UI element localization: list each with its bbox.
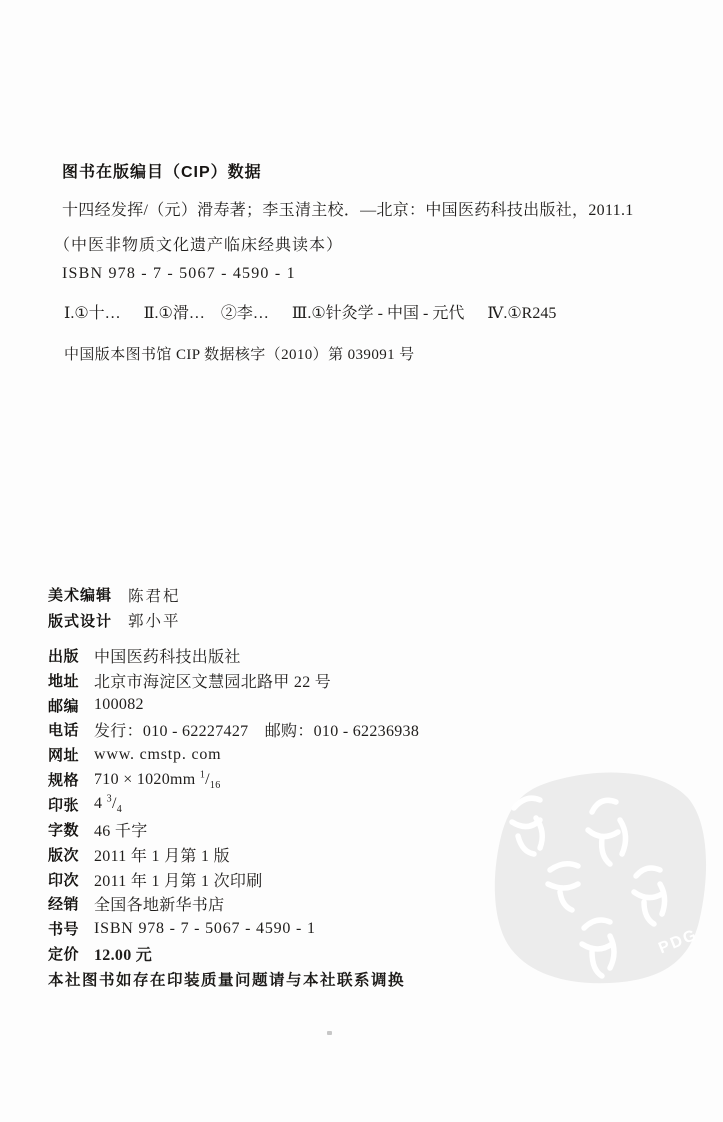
copyright-page: 图书在版编目（CIP）数据 十四经发挥/（元）滑寿著；李玉清主校．—北京：中国医… xyxy=(0,0,723,1122)
cip-class-segment-1: Ⅰ.①十… xyxy=(64,305,121,322)
credit-label: 美术编辑 xyxy=(48,584,128,605)
credit-value: 郭小平 xyxy=(128,609,181,631)
colophon-value: 2011 年 1 月第 1 次印刷 xyxy=(94,868,263,891)
credit-value: 陈君杞 xyxy=(128,584,181,606)
colophon-value: ISBN 978 - 7 - 5067 - 4590 - 1 xyxy=(94,920,316,938)
colophon-label: 印次 xyxy=(48,869,94,890)
cip-series-line: （中医非物质文化遗产临床经典读本） xyxy=(54,232,343,255)
colophon-row-format: 规格 710 × 1020mm 1/16 xyxy=(48,767,419,792)
colophon-value: 北京市海淀区文慧园北路甲 22 号 xyxy=(94,669,331,692)
colophon-row-postcode: 邮编 100082 xyxy=(48,693,419,718)
format-size: 710 × 1020mm xyxy=(94,771,196,788)
colophon-row-book-number: 书号 ISBN 978 - 7 - 5067 - 4590 - 1 xyxy=(48,916,419,941)
colophon-label: 规格 xyxy=(48,769,94,790)
colophon-label: 书号 xyxy=(48,918,94,939)
cip-heading: 图书在版编目（CIP）数据 xyxy=(62,159,262,182)
colophon-value: 710 × 1020mm 1/16 xyxy=(94,771,221,789)
colophon-value: 46 千字 xyxy=(94,818,148,841)
colophon-value: 4 3/4 xyxy=(94,795,122,813)
colophon-value: 中国医药科技出版社 xyxy=(94,644,241,667)
colophon-row-sheets: 印张 4 3/4 xyxy=(48,792,419,817)
cip-class-segment-3: Ⅲ.①针灸学 - 中国 - 元代 xyxy=(292,305,464,322)
colophon-row-address: 地址 北京市海淀区文慧园北路甲 22 号 xyxy=(48,668,419,693)
colophon-row-distributor: 经销 全国各地新华书店 xyxy=(48,891,419,916)
colophon-value: 发行：010 - 62227427 邮购：010 - 62236938 xyxy=(94,718,419,741)
colophon-value: 12.00 元 xyxy=(94,942,152,965)
credits-block: 美术编辑 陈君杞 版式设计 郭小平 xyxy=(48,582,181,633)
credit-row-art-editor: 美术编辑 陈君杞 xyxy=(48,582,181,608)
colophon-label: 定价 xyxy=(48,943,94,964)
sheet-count: 4 xyxy=(94,795,102,812)
pdg-watermark: PDG xyxy=(484,760,720,996)
colophon-label: 邮编 xyxy=(48,695,94,716)
colophon-block: 出版 中国医药科技出版社 地址 北京市海淀区文慧园北路甲 22 号 邮编 100… xyxy=(48,643,419,966)
colophon-row-word-count: 字数 46 千字 xyxy=(48,817,419,842)
cip-bibliographic-line: 十四经发挥/（元）滑寿著；李玉清主校．—北京：中国医药科技出版社，2011.1 xyxy=(62,197,634,220)
colophon-value: 100082 xyxy=(94,696,144,714)
colophon-row-impression: 印次 2011 年 1 月第 1 次印刷 xyxy=(48,867,419,892)
fraction-denominator: 4 xyxy=(117,805,122,816)
watermark-blob xyxy=(488,764,712,990)
scan-speck xyxy=(327,1031,332,1035)
cip-class-segment-4: Ⅳ.①R245 xyxy=(487,305,556,322)
fraction-denominator: 16 xyxy=(210,780,221,791)
colophon-label: 出版 xyxy=(48,645,94,666)
cip-classification-line: Ⅰ.①十…Ⅱ.①滑… ②李…Ⅲ.①针灸学 - 中国 - 元代Ⅳ.①R245 xyxy=(64,300,556,323)
colophon-row-edition: 版次 2011 年 1 月第 1 版 xyxy=(48,842,419,867)
cip-class-segment-2: Ⅱ.①滑… ②李… xyxy=(144,305,269,322)
credit-row-layout-designer: 版式设计 郭小平 xyxy=(48,608,181,634)
colophon-row-telephone: 电话 发行：010 - 62227427 邮购：010 - 62236938 xyxy=(48,718,419,743)
colophon-value: 全国各地新华书店 xyxy=(94,892,224,915)
colophon-label: 印张 xyxy=(48,794,94,815)
colophon-label: 地址 xyxy=(48,670,94,691)
colophon-value: www. cmstp. com xyxy=(94,746,221,764)
seal-script-glyphs-icon xyxy=(512,798,665,976)
colophon-row-website: 网址 www. cmstp. com xyxy=(48,742,419,767)
pdg-watermark-label: PDG xyxy=(656,926,700,957)
colophon-label: 经销 xyxy=(48,893,94,914)
colophon-label: 电话 xyxy=(48,719,94,740)
colophon-label: 字数 xyxy=(48,819,94,840)
colophon-row-price: 定价 12.00 元 xyxy=(48,941,419,966)
quality-exchange-note: 本社图书如存在印装质量问题请与本社联系调换 xyxy=(48,968,405,990)
cip-record-number: 中国版本图书馆 CIP 数据核字（2010）第 039091 号 xyxy=(64,343,415,364)
colophon-label: 版次 xyxy=(48,844,94,865)
credit-label: 版式设计 xyxy=(48,610,128,631)
colophon-row-publisher: 出版 中国医药科技出版社 xyxy=(48,643,419,668)
cip-isbn: ISBN 978 - 7 - 5067 - 4590 - 1 xyxy=(62,265,296,283)
colophon-label: 网址 xyxy=(48,744,94,765)
colophon-value: 2011 年 1 月第 1 版 xyxy=(94,843,230,866)
